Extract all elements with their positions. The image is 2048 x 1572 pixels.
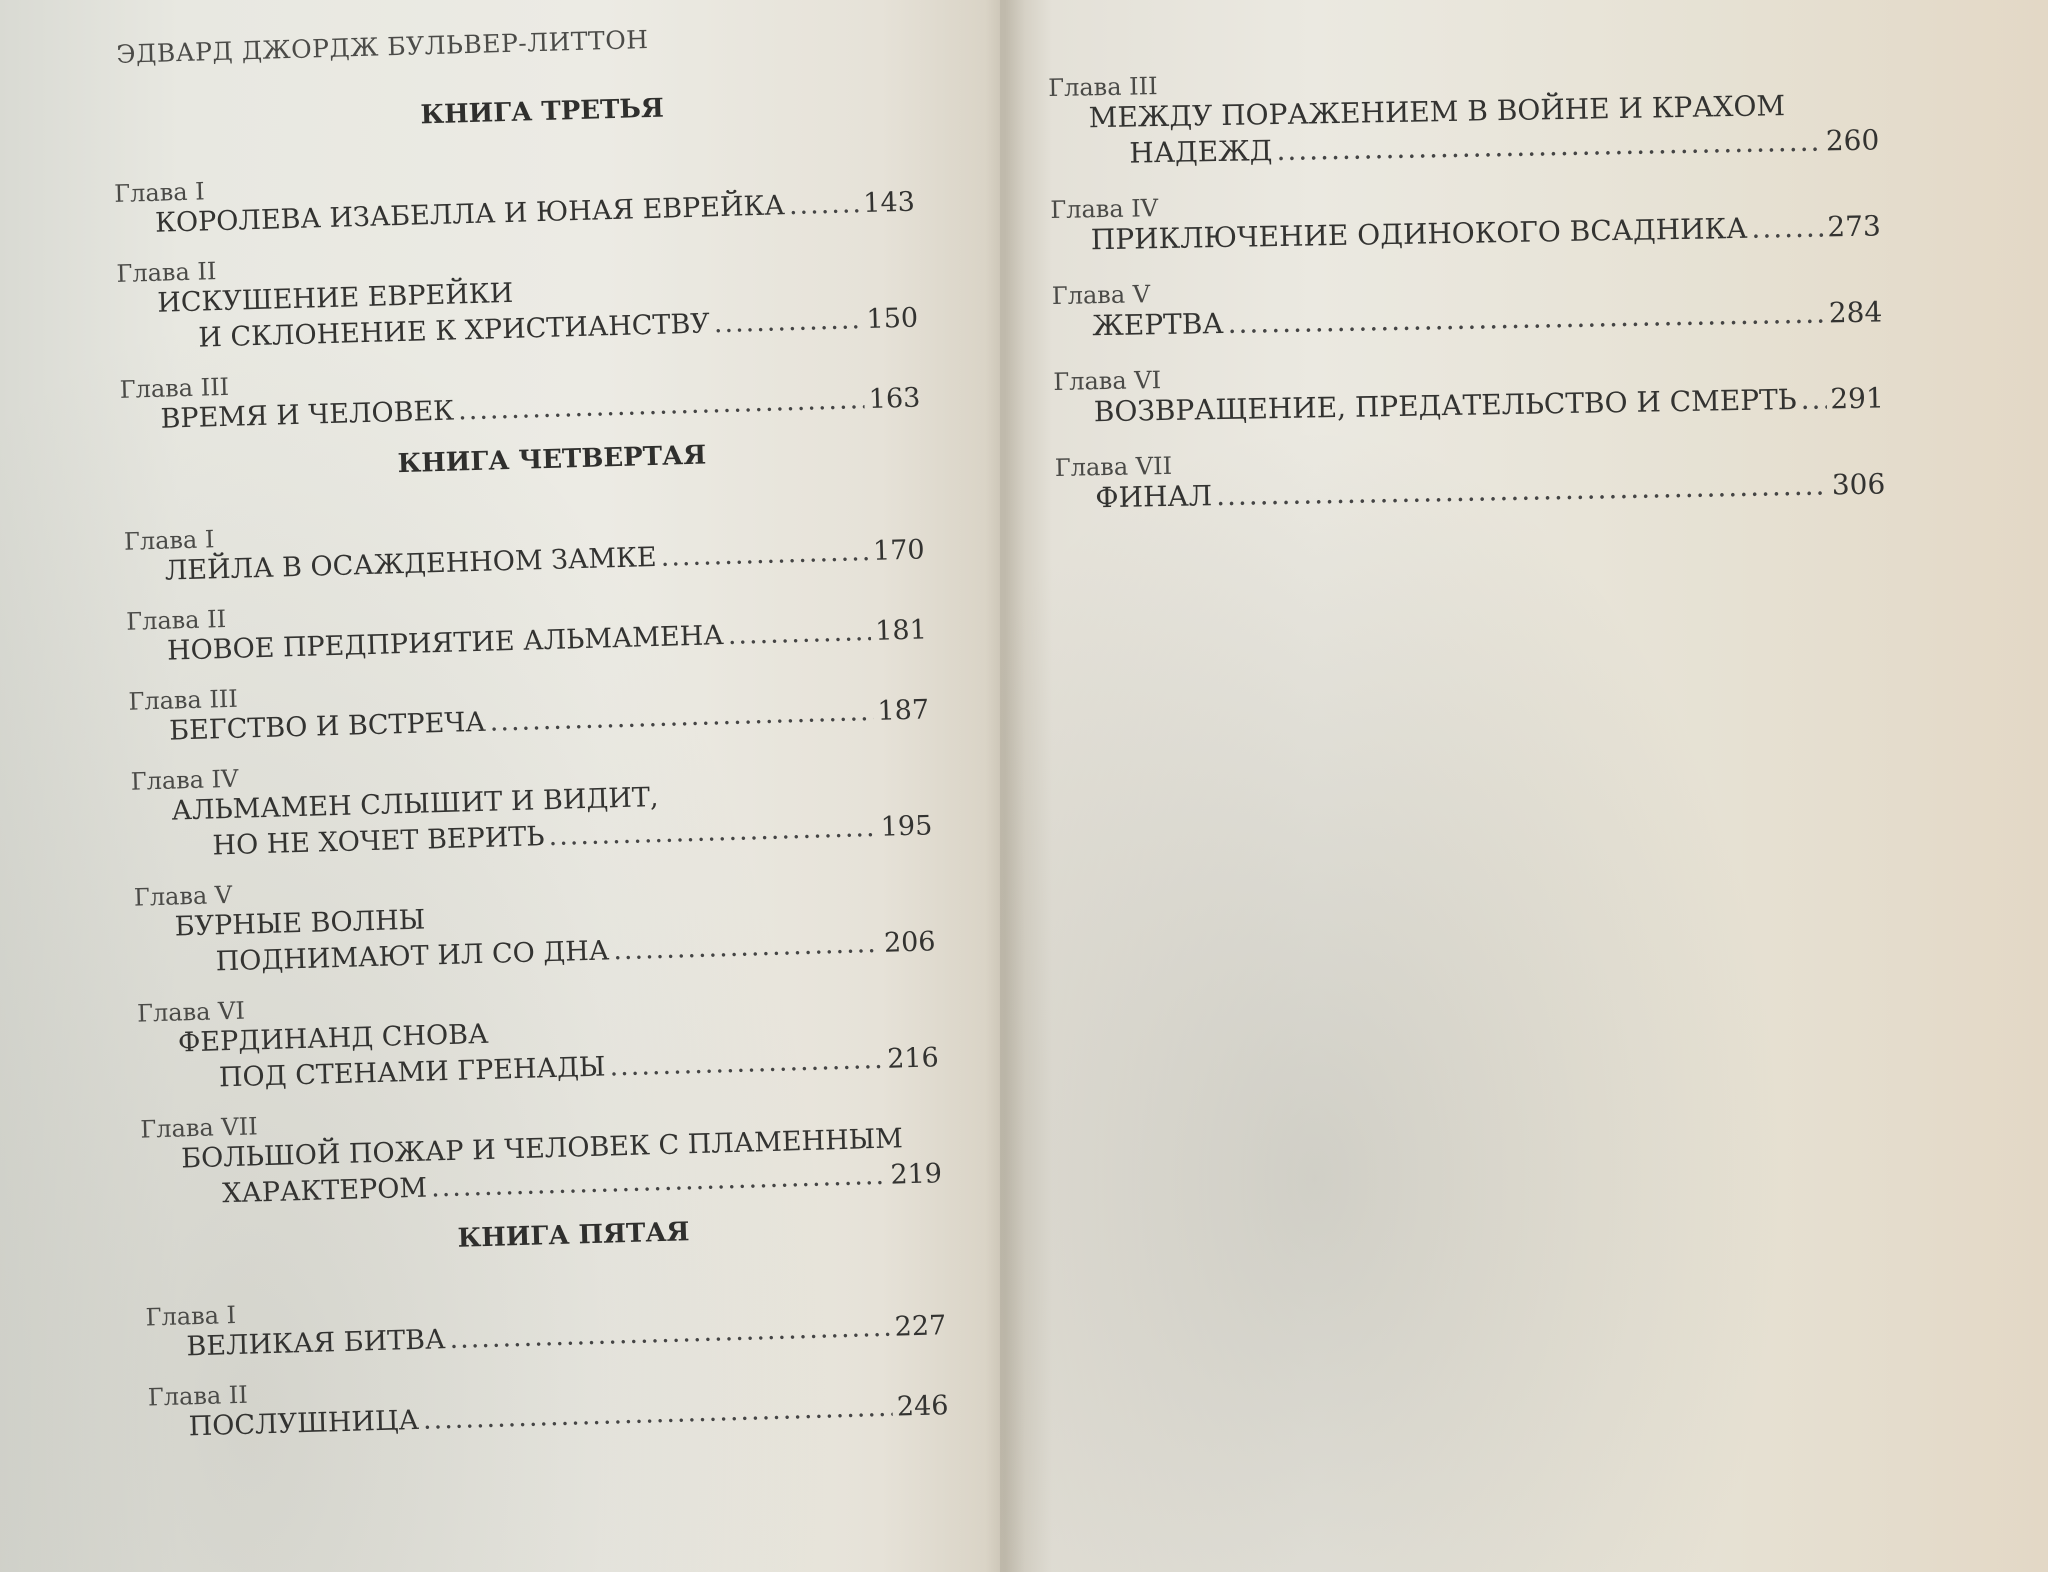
chapter-title: ВЕЛИКАЯ БИТВА	[186, 1322, 446, 1365]
book-title: КНИГА ТРЕТЬЯ	[112, 87, 913, 139]
page-number: 227	[894, 1308, 947, 1345]
toc-entry: Глава IVПРИКЛЮЧЕНИЕ ОДИНОКОГО ВСАДНИКА27…	[1050, 182, 1881, 258]
toc-entry: Глава IIIМЕЖДУ ПОРАЖЕНИЕМ В ВОЙНЕ И КРАХ…	[1048, 61, 1880, 173]
table-of-contents-right: Глава IIIМЕЖДУ ПОРАЖЕНИЕМ В ВОЙНЕ И КРАХ…	[1048, 61, 1886, 517]
dot-leader	[660, 534, 869, 576]
dot-leader	[788, 186, 859, 224]
page-number: 143	[863, 185, 916, 222]
page-number: 291	[1830, 380, 1884, 417]
page-number: 246	[896, 1388, 949, 1425]
page-number: 170	[873, 532, 926, 569]
toc-entry: Глава IЛЕЙЛА В ОСАЖДЕННОМ ЗАМКЕ170	[124, 506, 925, 590]
dot-leader	[1751, 209, 1824, 246]
book-title: КНИГА ПЯТАЯ	[143, 1210, 944, 1262]
chapter-title: НАДЕЖД	[1129, 133, 1273, 171]
page-number: 216	[887, 1040, 940, 1077]
toc-entry: Глава VIIФИНАЛ306	[1055, 440, 1886, 516]
page-number: 187	[877, 692, 930, 729]
page-number: 150	[866, 301, 919, 338]
page-number: 260	[1826, 123, 1880, 160]
chapter-title: ЖЕРТВА	[1092, 306, 1224, 344]
book-section: КНИГА ТРЕТЬЯГлава IКОРОЛЕВА ИЗАБЕЛЛА И Ю…	[112, 87, 921, 439]
chapter-title: ФИНАЛ	[1095, 478, 1212, 516]
chapter-title: ПОСЛУШНИЦА	[188, 1403, 419, 1445]
toc-entry: Глава VIIБОЛЬШОЙ ПОЖАР И ЧЕЛОВЕК С ПЛАМЕ…	[140, 1094, 942, 1214]
toc-entry: Глава VIФЕРДИНАНД СНОВАПОД СТЕНАМИ ГРЕНА…	[137, 978, 939, 1098]
dot-leader	[713, 302, 863, 342]
page-number: 284	[1829, 294, 1883, 331]
toc-entry: Глава VIВОЗВРАЩЕНИЕ, ПРЕДАТЕЛЬСТВО И СМЕ…	[1053, 354, 1884, 430]
page-number: 206	[883, 924, 936, 961]
book-gutter	[985, 0, 1025, 1572]
book-spread: ЭДВАРД ДЖОРДЖ БУЛЬВЕР-ЛИТТОН КНИГА ТРЕТЬ…	[0, 0, 2048, 1572]
page-number: 195	[880, 808, 933, 845]
book-section: КНИГА ПЯТАЯГлава IВЕЛИКАЯ БИТВА227Глава …	[143, 1210, 949, 1446]
toc-entry: Глава IVАЛЬМАМЕН СЛЫШИТ И ВИДИТ,НО НЕ ХО…	[130, 746, 932, 866]
toc-entry: Глава IВЕЛИКАЯ БИТВА227	[145, 1282, 946, 1366]
dot-leader	[727, 614, 872, 654]
chapter-title: ХАРАКТЕРОМ	[222, 1171, 428, 1213]
toc-entry: Глава IКОРОЛЕВА ИЗАБЕЛЛА И ЮНАЯ ЕВРЕЙКА1…	[114, 159, 915, 243]
page-number: 273	[1827, 208, 1881, 245]
dot-leader	[613, 926, 881, 969]
toc-entry: Глава VЖЕРТВА284	[1052, 268, 1883, 344]
book-title: КНИГА ЧЕТВЕРТАЯ	[122, 435, 923, 487]
page-number: 163	[868, 381, 921, 418]
toc-entry: Глава IIIВРЕМЯ И ЧЕЛОВЕК163	[119, 355, 920, 439]
toc-entry: Глава VБУРНЫЕ ВОЛНЫПОДНИМАЮТ ИЛ СО ДНА20…	[134, 862, 936, 982]
dot-leader	[548, 810, 877, 855]
dot-leader	[1800, 381, 1826, 417]
page-number: 306	[1832, 466, 1886, 503]
toc-entry: Глава IIПОСЛУШНИЦА246	[148, 1362, 949, 1446]
dot-leader	[609, 1042, 884, 1086]
toc-entry: Глава IIНОВОЕ ПРЕДПРИЯТИЕ АЛЬМАМЕНА181	[126, 586, 927, 670]
table-of-contents-left: КНИГА ТРЕТЬЯГлава IКОРОЛЕВА ИЗАБЕЛЛА И Ю…	[112, 87, 949, 1447]
page-number: 219	[890, 1156, 943, 1193]
toc-entry: Глава IIIБЕГСТВО И ВСТРЕЧА187	[128, 666, 929, 750]
chapter-title: БЕГСТВО И ВСТРЕЧА	[169, 705, 486, 750]
book-section: КНИГА ЧЕТВЕРТАЯГлава IЛЕЙЛА В ОСАЖДЕННОМ…	[122, 435, 943, 1215]
left-page-content: ЭДВАРД ДЖОРДЖ БУЛЬВЕР-ЛИТТОН КНИГА ТРЕТЬ…	[110, 18, 949, 1465]
chapter-title: ВРЕМЯ И ЧЕЛОВЕК	[160, 394, 454, 438]
toc-entry: Глава IIИСКУШЕНИЕ ЕВРЕЙКИИ СКЛОНЕНИЕ К Х…	[116, 239, 918, 359]
right-page-content: Глава IIIМЕЖДУ ПОРАЖЕНИЕМ В ВОЙНЕ И КРАХ…	[1048, 61, 1886, 541]
page-number: 181	[875, 612, 928, 649]
